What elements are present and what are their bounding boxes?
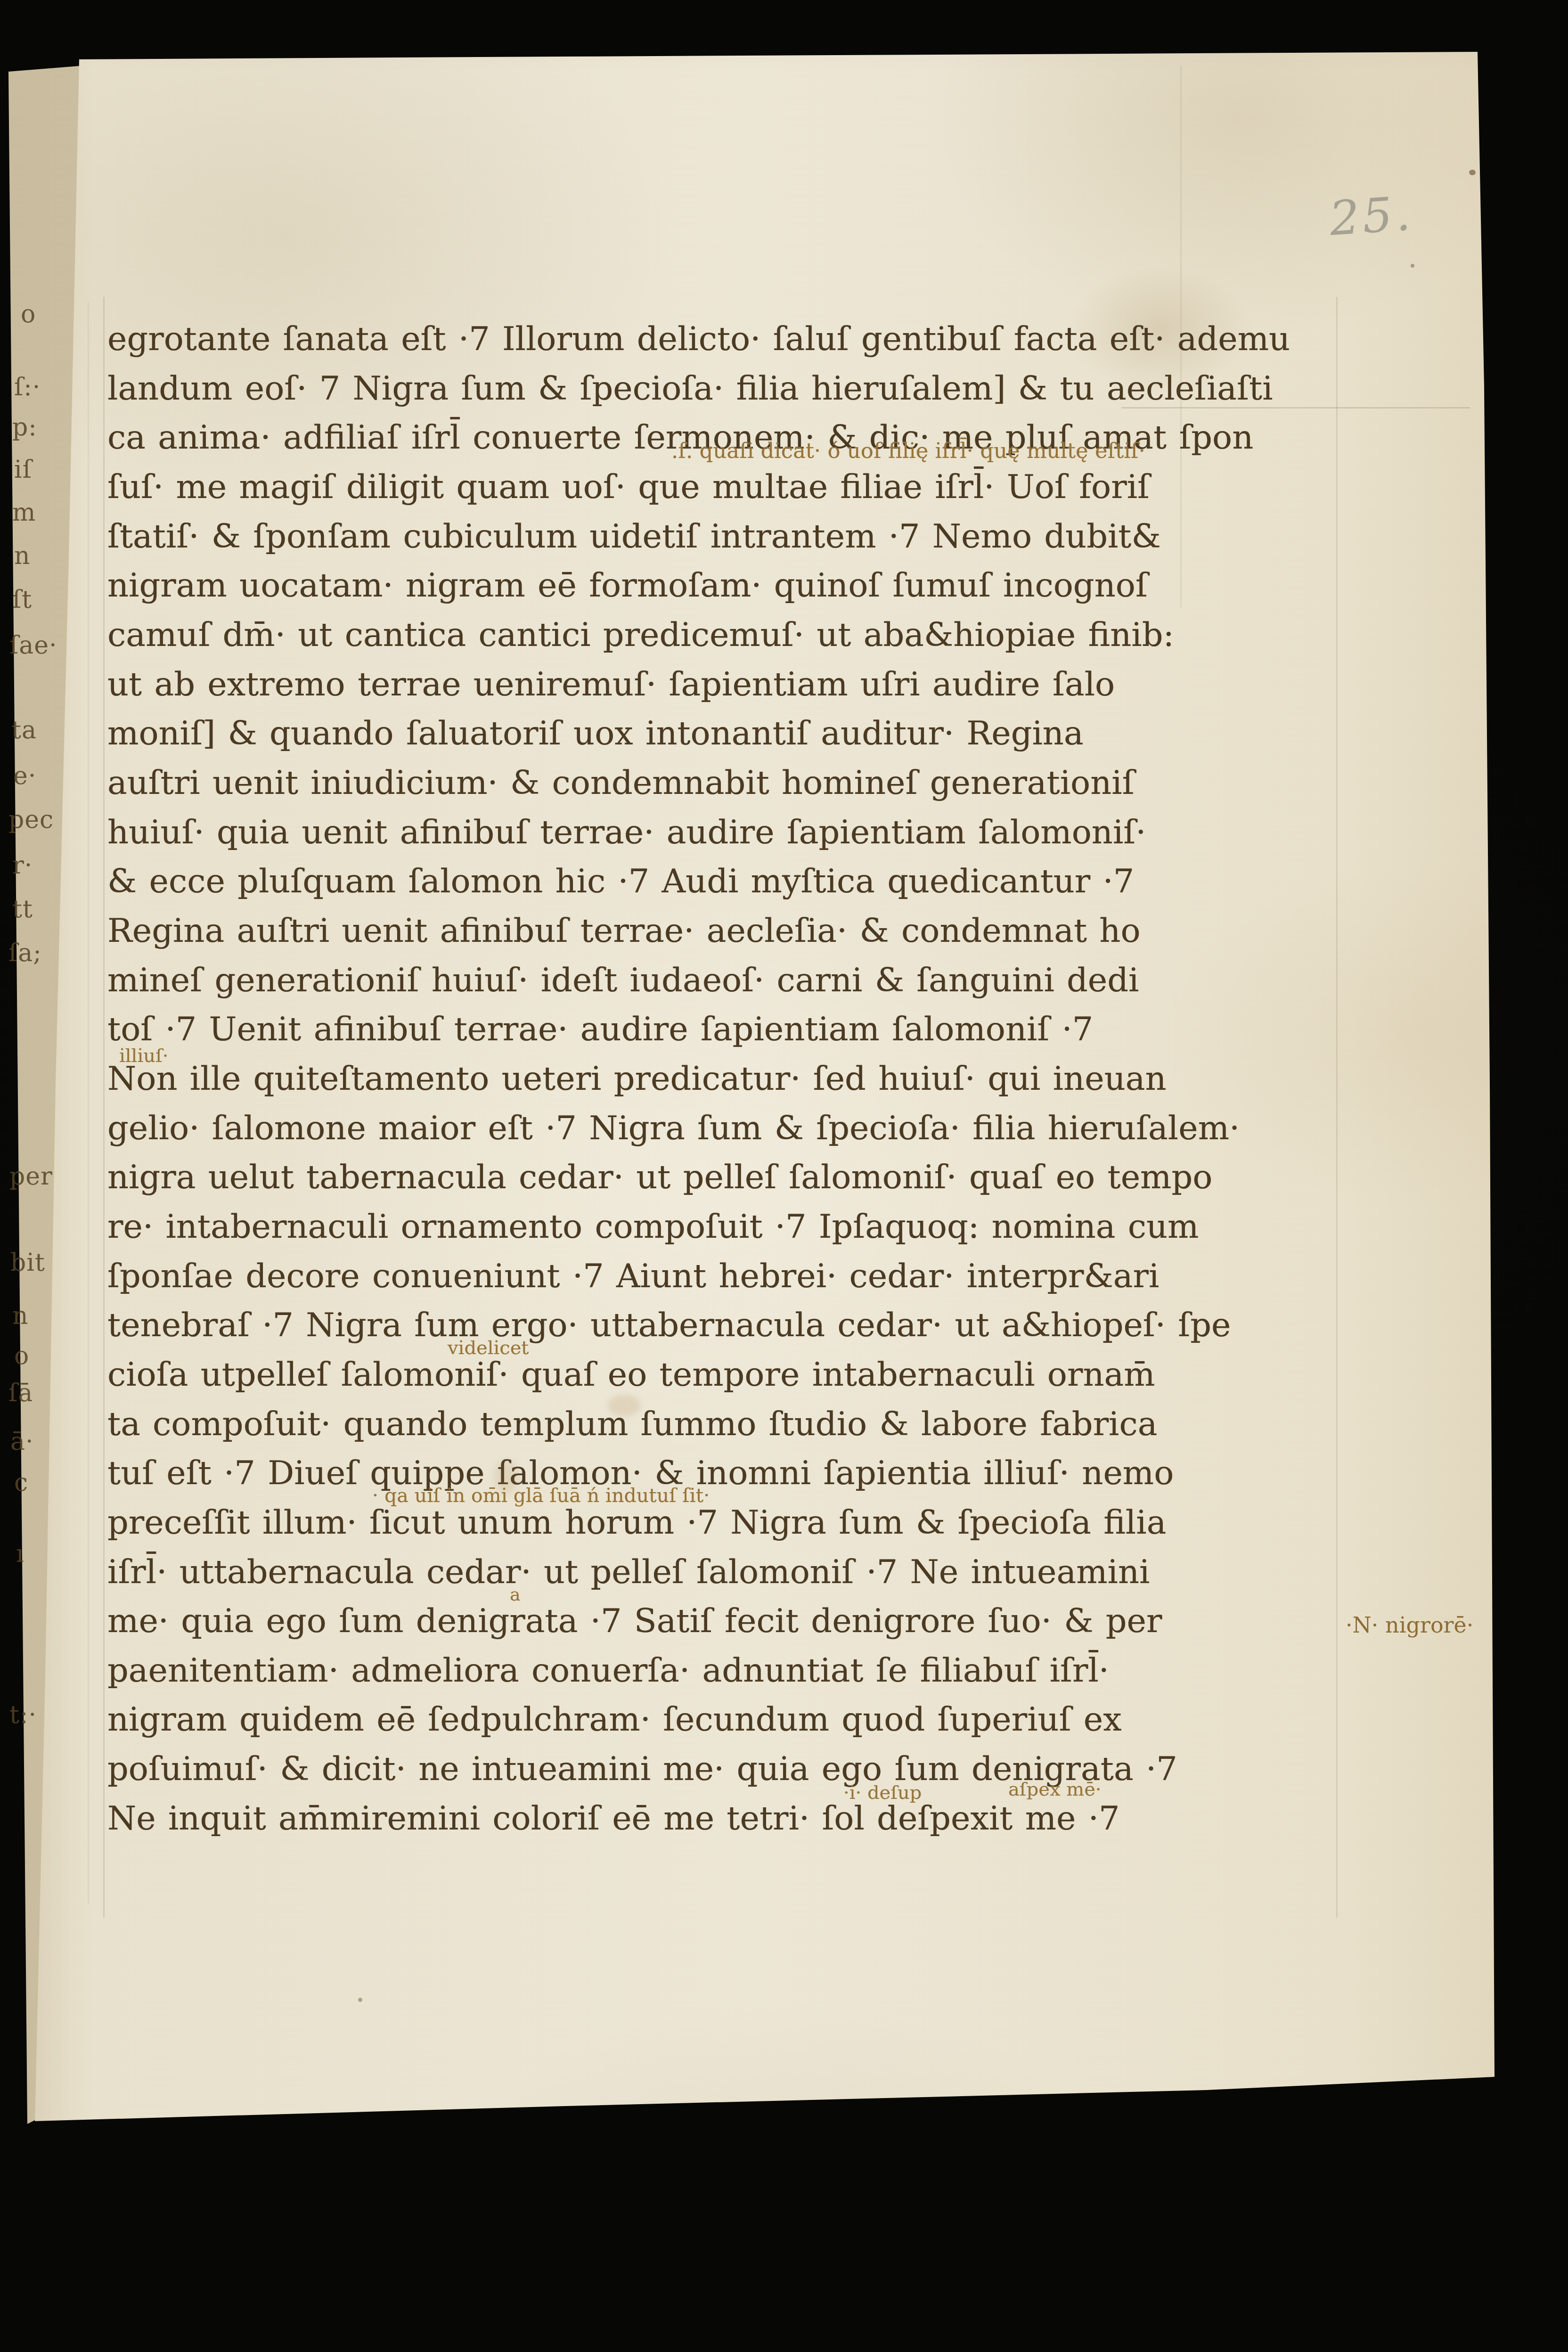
manuscript-line-14: mineſ generationiſ huiuſ· ideſt iudaeoſ·… <box>107 961 1139 999</box>
gutter-fragment-18: o <box>14 1342 29 1370</box>
manuscript-line-12: & ecce pluſquam ſalomon hic ·7 Audi myſt… <box>107 862 1134 900</box>
gutter-fragment-16: bit <box>10 1249 45 1277</box>
gutter-fragment-6: n <box>14 542 31 570</box>
ink-speck <box>358 1998 362 2002</box>
gutter-fragment-22: ı <box>16 1540 24 1568</box>
manuscript-line-5: ſtatiſ· & ſponſam cubiculum uidetiſ intr… <box>107 517 1161 555</box>
gutter-fragment-21: c <box>14 1469 28 1497</box>
ink-speck <box>1469 170 1476 175</box>
gutter-fragment-7: ſt <box>12 586 32 614</box>
manuscript-line-28: paenitentiam· admeliora conuerſa· adnunt… <box>107 1651 1109 1690</box>
gutter-fragment-2: ſ:· <box>14 373 41 401</box>
manuscript-line-1: egrotante ſanata eſt ·7 Illorum delicto·… <box>107 319 1290 358</box>
manuscript-line-10: auſtri uenit iniudicium· & condemnabit h… <box>107 763 1135 802</box>
interlinear-gloss-7: aſpex mē· <box>1008 1779 1102 1800</box>
manuscript-line-31: Ne inquit am̄miremini coloriſ eē me tetr… <box>107 1799 1120 1837</box>
manuscript-line-22: cioſa utpelleſ ſalomoniſ· quaſ eo tempor… <box>107 1355 1155 1394</box>
gutter-fragment-17: n <box>12 1302 29 1330</box>
manuscript-line-17: gelio· ſalomone maior eſt ·7 Nigra ſum &… <box>107 1109 1240 1147</box>
gutter-fragment-10: e· <box>13 762 36 790</box>
gutter-fragment-9: ta <box>11 716 37 744</box>
manuscript-line-7: camuſ dm̄· ut cantica cantici predicemuſ… <box>107 615 1174 654</box>
manuscript-line-15: toſ ·7 Uenit afinibuſ terrae· audire ſap… <box>107 1010 1093 1048</box>
manuscript-line-11: huiuſ· quia uenit afinibuſ terrae· audir… <box>107 813 1146 851</box>
interlinear-gloss-5: a <box>510 1584 521 1605</box>
gutter-fragment-11: pec <box>8 806 54 834</box>
manuscript-line-19: re· intabernaculi ornamento compoſuit ·7… <box>107 1207 1199 1246</box>
interlinear-gloss-2: illiuſ· <box>119 1045 168 1067</box>
gutter-fragment-3: p: <box>12 413 37 441</box>
manuscript-line-8: ut ab extremo terrae ueniremuſ· ſapienti… <box>107 665 1115 703</box>
gutter-fragment-23: t:· <box>9 1701 37 1729</box>
gutter-fragment-4: iſ <box>14 456 32 484</box>
manuscript-line-18: nigra uelut tabernacula cedar· ut pelleſ… <box>107 1158 1212 1196</box>
folio-number-pencil: 25. <box>1328 186 1415 246</box>
manuscript-line-6: nigram uocatam· nigram eē formoſam· quin… <box>107 566 1148 604</box>
gutter-fragment-14: ſa; <box>8 939 42 967</box>
gutter-fragment-19: ſā <box>8 1379 33 1407</box>
interlinear-gloss-4: · qa uiſ in om̄i glā ſuā ń indutuſ ſit· <box>372 1484 710 1507</box>
text-block: egrotante ſanata eſt ·7 Illorum delicto·… <box>0 0 1568 2352</box>
interlinear-gloss-3: videlicet <box>448 1337 529 1359</box>
gutter-fragment-13: tt <box>12 895 33 923</box>
gutter-fragment-12: r· <box>12 851 33 880</box>
margin-note-nigrore: ·N· nigrorē· <box>1346 1612 1473 1638</box>
manuscript-line-27: me· quia ego ſum denigrata ·7 Satiſ feci… <box>107 1601 1162 1640</box>
manuscript-line-26: iſrl̄· uttabernacula cedar· ut pelleſ ſa… <box>107 1552 1150 1591</box>
manuscript-line-16: Non ille quiteſtamento ueteri predicatur… <box>107 1059 1167 1098</box>
manuscript-line-2: landum eoſ· 7 Nigra ſum & ſpecioſa· fili… <box>107 369 1273 408</box>
stain <box>608 1395 641 1416</box>
manuscript-line-25: preceſſit illum· ſicut unum horum ·7 Nig… <box>107 1503 1166 1542</box>
manuscript-line-20: ſponſae decore conueniunt ·7 Aiunt hebre… <box>107 1257 1159 1295</box>
gutter-fragment-1: o <box>21 300 36 328</box>
stain <box>495 1461 518 1494</box>
manuscript-line-21: tenebraſ ·7 Nigra ſum ergo· uttabernacul… <box>107 1306 1231 1344</box>
gutter-fragment-5: m <box>12 498 36 527</box>
interlinear-gloss-1: .ſ. quaſi dicat· ó uoſ filię iſrl̄· quę … <box>671 438 1145 463</box>
manuscript-line-29: nigram quidem eē ſedpulchram· ſecundum q… <box>107 1700 1122 1739</box>
gutter-fragment-15: per <box>9 1162 53 1191</box>
manuscript-line-9: moniſ] & quando ſaluatoriſ uox intonanti… <box>107 714 1084 752</box>
interlinear-gloss-6: ·i· deſup <box>843 1782 922 1804</box>
gutter-fragment-20: ā· <box>10 1428 34 1456</box>
gutter-fragment-8: ſae· <box>9 631 57 660</box>
ink-speck <box>1411 264 1414 268</box>
manuscript-line-13: Regina auſtri uenit afinibuſ terrae· aec… <box>107 911 1141 950</box>
manuscript-line-4: ſuſ· me magiſ diligit quam uoſ· que mult… <box>107 467 1150 506</box>
